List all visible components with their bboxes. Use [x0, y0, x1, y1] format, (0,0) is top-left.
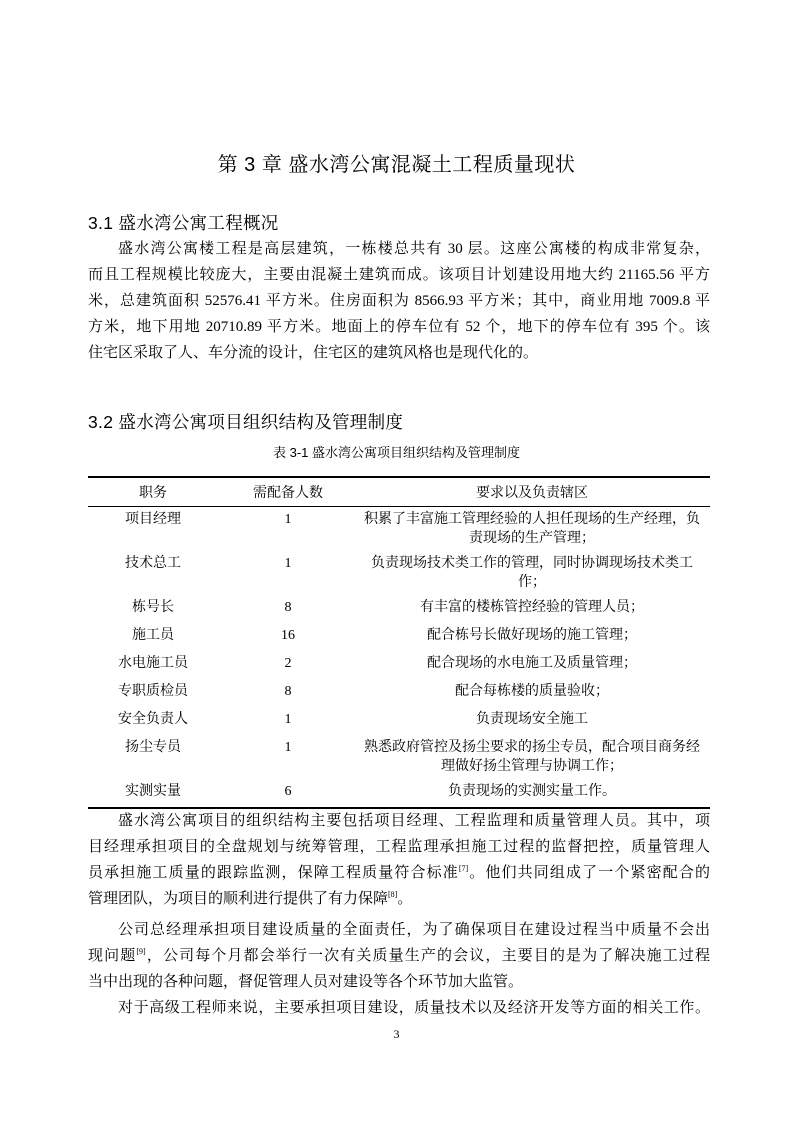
cell-duty: 负责现场安全施工 [358, 707, 710, 735]
cell-count: 6 [218, 779, 358, 808]
cell-duty: 配合现场的水电施工及质量管理； [358, 651, 710, 679]
citation-9: [9] [136, 947, 145, 956]
table-row: 项目经理 1 积累了丰富施工管理经验的人担任现场的生产经理，负 责现场的生产管理… [88, 507, 710, 552]
cell-duty: 积累了丰富施工管理经验的人担任现场的生产经理，负 责现场的生产管理； [358, 507, 710, 552]
text-segment: 员承担施工质量的跟踪监测，保障工程质量符合标准 [88, 865, 459, 881]
paragraph-senior-engineer: 对于高级工程师来说，主要承担项目建设，质量技术以及经济开发等方面的相关工作。 [88, 995, 710, 1021]
chapter-title: 第 3 章 盛水湾公寓混凝土工程质量现状 [0, 148, 793, 177]
citation-7: [7] [459, 864, 468, 873]
cell-count: 8 [218, 679, 358, 707]
text-line: 盛水湾公寓楼工程是高层建筑，一栋楼总共有 30 层。这座公寓楼的构成非常复杂， [88, 236, 710, 262]
text-segment: ，公司每个月都会举行一次有关质量生产的会议，主要目的是为了解决施工过程 [146, 948, 710, 964]
text-line: 公司总经理承担项目建设质量的全面责任，为了确保项目在建设过程当中质量不会出 [88, 917, 710, 943]
cell-role: 水电施工员 [88, 651, 218, 679]
table-row: 栋号长 8 有丰富的楼栋管控经验的管理人员； [88, 595, 710, 623]
cell-duty-line: 积累了丰富施工管理经验的人担任现场的生产经理，负 [358, 510, 706, 529]
text-line: 住宅区采取了人、车分流的设计，住宅区的建筑风格也是现代化的。 [88, 340, 710, 366]
cell-duty: 配合栋号长做好现场的施工管理； [358, 623, 710, 651]
cell-duty: 有丰富的楼栋管控经验的管理人员； [358, 595, 710, 623]
table-row: 专职质检员 8 配合每栋楼的质量验收； [88, 679, 710, 707]
table-row: 水电施工员 2 配合现场的水电施工及质量管理； [88, 651, 710, 679]
cell-count: 1 [218, 551, 358, 595]
table-row: 施工员 16 配合栋号长做好现场的施工管理； [88, 623, 710, 651]
column-header-duty: 要求以及负责辖区 [358, 477, 710, 507]
text-line: 米，总建筑面积 52576.41 平方米。住房面积为 8566.93 平方米；其… [88, 288, 710, 314]
text-line: 员承担施工质量的跟踪监测，保障工程质量符合标准[7]。他们共同组成了一个紧密配合… [88, 860, 710, 886]
text-line: 管理团队，为项目的顺利进行提供了有力保障[8]。 [88, 886, 710, 912]
cell-duty: 配合每栋楼的质量验收； [358, 679, 710, 707]
table-row: 安全负责人 1 负责现场安全施工 [88, 707, 710, 735]
section-heading-3-2: 3.2 盛水湾公寓项目组织结构及管理制度 [88, 409, 403, 434]
table-row: 扬尘专员 1 熟悉政府管控及扬尘要求的扬尘专员，配合项目商务经 理做好扬尘管理与… [88, 735, 710, 779]
cell-count: 1 [218, 735, 358, 779]
cell-duty: 负责现场技术类工作的管理，同时协调现场技术类工作； [358, 551, 710, 595]
cell-duty-line: 责现场的生产管理； [358, 529, 706, 548]
table-header-row: 职务 需配备人数 要求以及负责辖区 [88, 477, 710, 507]
cell-role: 实测实量 [88, 779, 218, 808]
text-segment: 现问题 [88, 948, 136, 964]
column-header-count: 需配备人数 [218, 477, 358, 507]
cell-count: 2 [218, 651, 358, 679]
text-line: 而且工程规模比较庞大，主要由混凝土建筑而成。该项目计划建设用地大约 21165.… [88, 262, 710, 288]
cell-count: 8 [218, 595, 358, 623]
text-line: 当中出现的各种问题，督促管理人员对建设等各个环节加大监管。 [88, 969, 710, 995]
cell-count: 16 [218, 623, 358, 651]
cell-role: 栋号长 [88, 595, 218, 623]
text-line: 现问题[9]，公司每个月都会举行一次有关质量生产的会议，主要目的是为了解决施工过… [88, 943, 710, 969]
cell-role: 施工员 [88, 623, 218, 651]
cell-duty: 负责现场的实测实量工作。 [358, 779, 710, 808]
text-segment: 。他们共同组成了一个紧密配合的 [468, 865, 710, 881]
text-line: 对于高级工程师来说，主要承担项目建设，质量技术以及经济开发等方面的相关工作。 [88, 995, 710, 1021]
column-header-role: 职务 [88, 477, 218, 507]
table-row: 技术总工 1 负责现场技术类工作的管理，同时协调现场技术类工作； [88, 551, 710, 595]
text-segment: 。 [397, 891, 412, 907]
section-heading-3-1: 3.1 盛水湾公寓工程概况 [88, 210, 279, 235]
cell-role: 项目经理 [88, 507, 218, 552]
text-line: 目经理承担项目的全盘规划与统筹管理，工程监理承担施工过程的监督把控，质量管理人 [88, 834, 710, 860]
table-caption: 表 3-1 盛水湾公寓项目组织结构及管理制度 [0, 442, 793, 461]
table-row: 实测实量 6 负责现场的实测实量工作。 [88, 779, 710, 808]
cell-role: 技术总工 [88, 551, 218, 595]
cell-role: 安全负责人 [88, 707, 218, 735]
citation-8: [8] [388, 890, 397, 899]
paragraph-general-manager: 公司总经理承担项目建设质量的全面责任，为了确保项目在建设过程当中质量不会出 现问… [88, 917, 710, 995]
cell-duty: 熟悉政府管控及扬尘要求的扬尘专员，配合项目商务经 理做好扬尘管理与协调工作； [358, 735, 710, 779]
paragraph-project-overview: 盛水湾公寓楼工程是高层建筑，一栋楼总共有 30 层。这座公寓楼的构成非常复杂， … [88, 236, 710, 366]
cell-role: 扬尘专员 [88, 735, 218, 779]
organization-table: 职务 需配备人数 要求以及负责辖区 项目经理 1 积累了丰富施工管理经验的人担任… [88, 476, 710, 809]
cell-duty-line: 熟悉政府管控及扬尘要求的扬尘专员，配合项目商务经 [358, 738, 706, 757]
text-line: 盛水湾公寓项目的组织结构主要包括项目经理、工程监理和质量管理人员。其中，项 [88, 808, 710, 834]
cell-count: 1 [218, 707, 358, 735]
paragraph-organization: 盛水湾公寓项目的组织结构主要包括项目经理、工程监理和质量管理人员。其中，项 目经… [88, 808, 710, 912]
cell-duty-line: 理做好扬尘管理与协调工作； [358, 757, 706, 776]
text-line: 方米，地下用地 20710.89 平方米。地面上的停车位有 52 个，地下的停车… [88, 314, 710, 340]
cell-role: 专职质检员 [88, 679, 218, 707]
text-segment: 管理团队，为项目的顺利进行提供了有力保障 [88, 891, 388, 907]
page-number: 3 [0, 1027, 793, 1042]
cell-count: 1 [218, 507, 358, 552]
